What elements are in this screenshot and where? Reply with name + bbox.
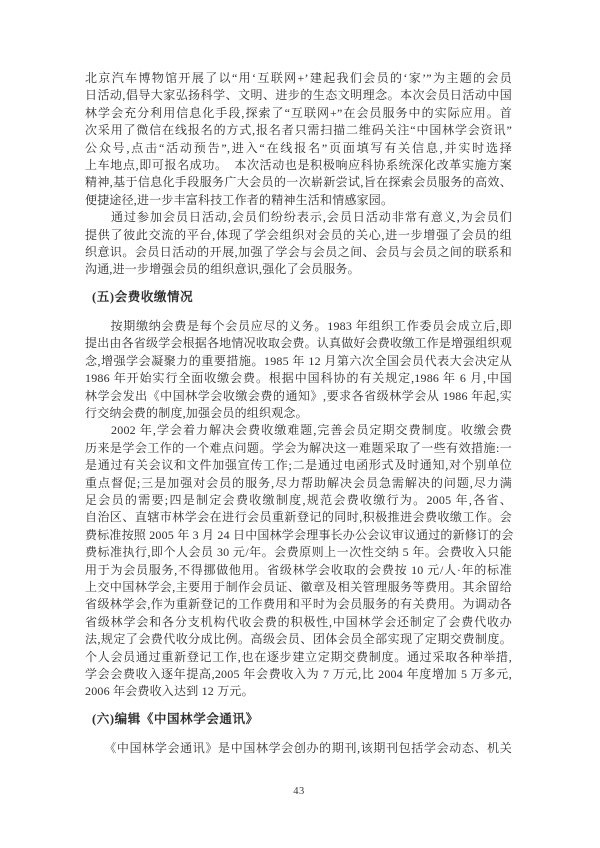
text-line: 精神,基于信息化手段服务广大会员的一次崭新尝试,旨在探索会员服务的高效、 [85,174,512,191]
text-line: 法,规定了会费代收分成比例。高级会员、团体会员全部实现了定期交费制度。 [85,631,512,648]
text-line: 上交中国林学会,主要用于制作会员证、徽章及相关管理服务等费用。其余留给 [85,579,512,596]
text-line: 重点督促;三是加强对会员的服务,尽力帮助解决会员急需解决的问题,尽力满 [85,475,512,492]
text-line: 费标准执行,即个人会员 30 元/年。会费原则上一次性交纳 5 年。会费收入只能 [85,544,512,561]
document-body: 北京汽车博物馆开展了以“用‘互联网+’建起我们会员的‘家’”为主题的会员日活动,… [85,70,512,757]
text-line: 省级林学会,作为重新登记的工作费用和平时为会员服务的有关费用。为调动各 [85,596,512,613]
text-line: 北京汽车博物馆开展了以“用‘互联网+’建起我们会员的‘家’”为主题的会员 [85,70,512,87]
paragraph: 按期缴纳会费是每个会员应尽的义务。1983 年组织工作委员会成立后,即提出由各省… [85,318,512,422]
text-line: 1986 年开始实行全面收缴会费。根据中国科协的有关规定,1986 年 6 月,… [85,370,512,387]
text-line: 费标准按照 2005 年 3 月 24 日中国林学会理事长办公会议审议通过的新修… [85,527,512,544]
text-line: 按期缴纳会费是每个会员应尽的义务。1983 年组织工作委员会成立后,即 [85,318,512,335]
paragraph: 通过参加会员日活动,会员们纷纷表示,会员日活动非常有意义,为会员们提供了彼此交流… [85,209,512,279]
section-heading: (五)会费收缴情况 [85,289,512,306]
text-line: 历来是学会工作的一个难点问题。学会为解决这一难题采取了一些有效措施:一 [85,440,512,457]
paragraph: 北京汽车博物馆开展了以“用‘互联网+’建起我们会员的‘家’”为主题的会员日活动,… [85,70,512,209]
text-line: 省级林学会和各分支机构代收会费的积极性,中国林学会还制定了会费代收办 [85,614,512,631]
text-line: 足会员的需要;四是制定会费收缴制度,规范会费收缴行为。2005 年,各省、 [85,492,512,509]
text-line: 《中国林学会通讯》是中国林学会创办的期刊,该期刊包括学会动态、机关 [85,740,512,757]
text-line: 织意识。会员日活动的开展,加强了学会与会员之间、会员与会员之间的联系和 [85,244,512,261]
text-line: 日活动,倡导大家弘扬科学、文明、进步的生态文明理念。本次会员日活动中国 [85,87,512,104]
text-line: 通过参加会员日活动,会员们纷纷表示,会员日活动非常有意义,为会员们 [85,209,512,226]
text-line: 行交纳会费的制度,加强会员的组织观念。 [85,405,512,422]
text-line: 2002 年,学会着力解决会费收缴难题,完善会员定期交费制度。收缴会费 [85,422,512,439]
text-line: 便捷途径,进一步丰富科技工作者的精神生活和情感家园。 [85,192,512,209]
text-line: 2006 年会费收入达到 12 万元。 [85,683,512,700]
text-line: 提出由各省级学会根据各地情况收取会费。认真做好会费收缴工作是增强组织观 [85,335,512,352]
text-line: 自治区、直辖市林学会在进行会员重新登记的同时,积极推进会费收缴工作。会 [85,509,512,526]
text-line: 念,增强学会凝聚力的重要措施。1985 年 12 月第六次全国会员代表大会决定从 [85,353,512,370]
text-line: 林学会发出《中国林学会收缴会费的通知》,要求各省级林学会从 1986 年起,实 [85,388,512,405]
text-line: 公众号,点击“活动预告”,进入“在线报名”页面填写有关信息,并实时选择 [85,140,512,157]
text-line: 上车地点,即可报名成功。 本次活动也是积极响应科协系统深化改革实施方案 [85,157,512,174]
text-line: 提供了彼此交流的平台,体现了学会组织对会员的关心,进一步增强了会员的组 [85,227,512,244]
document-page: 北京汽车博物馆开展了以“用‘互联网+’建起我们会员的‘家’”为主题的会员日活动,… [0,0,600,848]
page-number: 43 [0,786,598,797]
text-line: 学会会费收入逐年提高,2005 年会费收入为 7 万元,比 2004 年度增加 … [85,666,512,683]
text-line: 次采用了微信在线报名的方式,报名者只需扫描二维码关注“中国林学会资讯” [85,122,512,139]
paragraph: 《中国林学会通讯》是中国林学会创办的期刊,该期刊包括学会动态、机关 [85,740,512,757]
text-line: 是通过有关会议和文件加强宣传工作;二是通过电函形式及时通知,对个别单位 [85,457,512,474]
text-line: 个人会员通过重新登记工作,也在逐步建立定期交费制度。通过采取各种举措, [85,649,512,666]
text-line: 林学会充分利用信息化手段,探索了“互联网+”在会员服务中的实际应用。首 [85,105,512,122]
text-line: 用于为会员服务,不得挪做他用。省级林学会收取的会费按 10 元/人·年的标准 [85,562,512,579]
text-line: 沟通,进一步增强会员的组织意识,强化了会员服务。 [85,261,512,278]
section-heading: (六)编辑《中国林学会通讯》 [85,711,512,728]
paragraph: 2002 年,学会着力解决会费收缴难题,完善会员定期交费制度。收缴会费历来是学会… [85,422,512,700]
